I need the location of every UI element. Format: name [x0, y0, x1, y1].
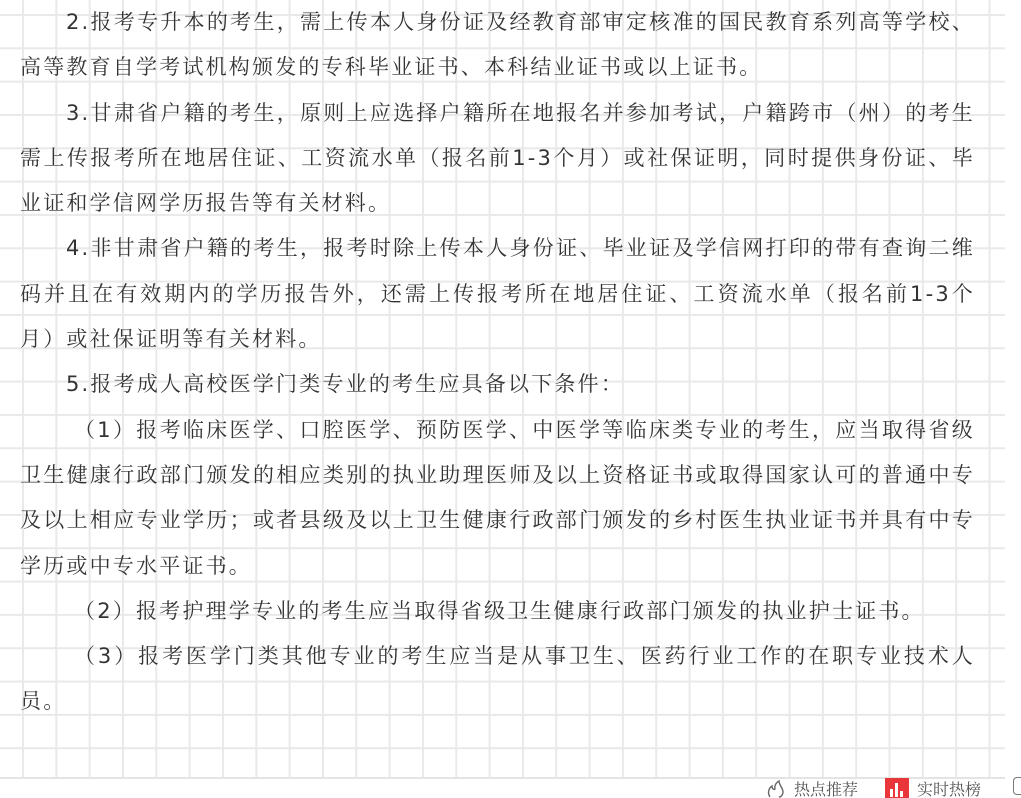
flame-icon [766, 780, 786, 798]
paragraph-item-2: 2.报考专升本的考生，需上传本人身份证及经教育部审定核准的国民教育系列高等学校、… [20, 0, 975, 91]
paragraph-subitem-3: （3）报考医学门类其他专业的考生应当是从事卫生、医药行业工作的在职专业技术人员。 [20, 634, 975, 725]
realtime-ranking-link[interactable]: 实时热榜 [885, 777, 981, 798]
bottom-toolbar: 热点推荐 实时热榜 [0, 779, 1021, 798]
paragraph-item-4: 4.非甘肃省户籍的考生，报考时除上传本人身份证、毕业证及学信网打印的带有查询二维… [20, 226, 975, 362]
realtime-ranking-label: 实时热榜 [917, 777, 981, 798]
hot-recommend-link[interactable]: 热点推荐 [766, 777, 858, 798]
hot-recommend-label: 热点推荐 [794, 777, 858, 798]
paragraph-subitem-1: （1）报考临床医学、口腔医学、预防医学、中医学等临床类专业的考生，应当取得省级卫… [20, 408, 975, 589]
bookmark-icon [1013, 777, 1021, 795]
bar-chart-icon [885, 778, 909, 798]
paragraph-subitem-2: （2）报考护理学专业的考生应当取得省级卫生健康行政部门颁发的执业护士证书。 [20, 589, 975, 634]
more-link[interactable] [1013, 777, 1021, 795]
article-body: 2.报考专升本的考生，需上传本人身份证及经教育部审定核准的国民教育系列高等学校、… [20, 0, 975, 725]
paragraph-item-3: 3.甘肃省户籍的考生，原则上应选择户籍所在地报名并参加考试，户籍跨市（州）的考生… [20, 91, 975, 227]
paragraph-item-5: 5.报考成人高校医学门类专业的考生应具备以下条件： [20, 362, 975, 407]
